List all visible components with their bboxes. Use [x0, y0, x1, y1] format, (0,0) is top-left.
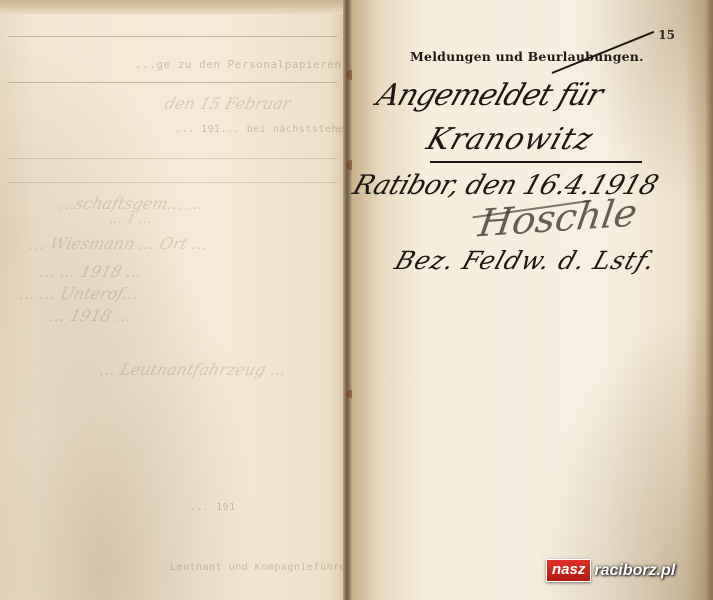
faded-handwriting-line: ... 1 ...	[108, 212, 153, 227]
handwritten-entry: Angemeldet für	[372, 78, 606, 113]
faded-handwriting-line: ... ... 1918 ...	[37, 262, 144, 281]
faded-handwriting-line: ... 1918 ...	[47, 306, 133, 325]
page-edge	[705, 0, 713, 600]
faded-print-line: ...ge zu den Personalpapieren	[135, 58, 342, 71]
page-top-edge	[0, 0, 345, 14]
faded-print-line: ... 191	[190, 502, 236, 513]
faded-print-line: Leutnant und Kompagnieführer	[170, 562, 353, 573]
handwritten-underline	[430, 161, 642, 163]
left-page: ...ge zu den Personalpapieren den 15 Feb…	[0, 0, 345, 600]
page-heading: Meldungen und Beurlaubungen.	[410, 49, 644, 64]
faded-handwriting-line: ... Wiesmann ... Ort ...	[27, 234, 210, 253]
book-spread: ...ge zu den Personalpapieren den 15 Feb…	[0, 0, 713, 600]
handwritten-entry: Kranowitz	[422, 122, 598, 157]
ruled-line	[8, 36, 337, 37]
handwritten-entry: Bez. Feldw. d. Lstf.	[391, 246, 659, 275]
ruled-line	[8, 158, 337, 159]
ruled-line	[8, 82, 337, 83]
faded-handwriting-line: ... Leutnantfahrzeug ...	[97, 360, 288, 379]
page-number: 15	[658, 28, 675, 42]
faded-handwriting-line: den 15 Februar	[162, 94, 293, 113]
faded-handwriting-line: ...schaftsgem... ...	[57, 194, 205, 213]
watermark-text: raciborz.pl	[594, 562, 675, 580]
site-watermark: nasz raciborz.pl	[546, 559, 675, 582]
ruled-line	[8, 182, 337, 183]
right-page: 15 Meldungen und Beurlaubungen. Angemeld…	[352, 0, 713, 600]
faded-handwriting-line: ... ... Unterof...	[17, 284, 140, 303]
watermark-badge: nasz	[546, 559, 591, 582]
